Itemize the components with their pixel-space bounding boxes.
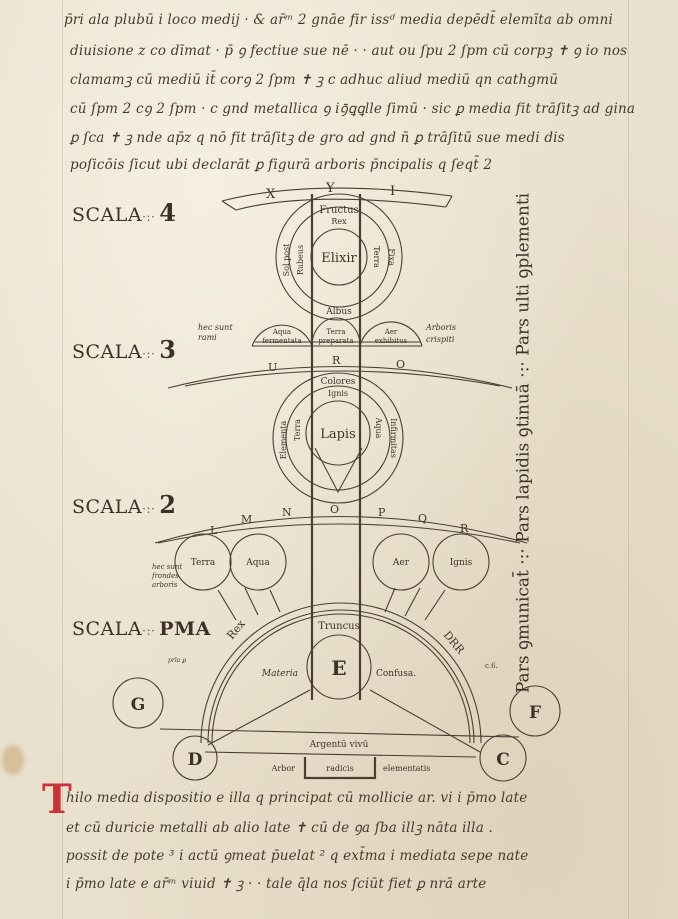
vertical-side-text: Pars ꝯmunicat̄ ·:· Pars lapidis ꝯtinuā ·… <box>507 195 537 690</box>
arc-letter: N <box>282 506 292 519</box>
circle4-outer-top: Fructus <box>319 205 358 216</box>
circle-g: G <box>131 695 146 715</box>
circle4-outer-left: Sol post <box>282 243 291 276</box>
base-left-label: Arbor <box>271 764 296 773</box>
arc-letter: M <box>241 513 252 526</box>
scala3-right-note: crispiti <box>426 335 455 344</box>
arc-letter: O <box>396 358 405 371</box>
circle4-bottom: Albus <box>325 307 352 317</box>
element-ignis: Ignis <box>450 558 473 568</box>
text-line: i p̄mo late e ar̄ᵐ viuid ✝ ꝫ · · tale q̄… <box>66 874 486 892</box>
arc-letter: I <box>390 184 395 199</box>
circle3-center: Lapis <box>320 427 356 442</box>
arc-right-note: c.6. <box>485 662 498 670</box>
frondes-note: frondes <box>151 572 179 580</box>
text-line: hilo media dispositio e illa q principat… <box>66 790 527 806</box>
center-circle-e: E <box>331 656 346 680</box>
dome-text: preparata <box>318 337 353 345</box>
materia-label: Materia <box>261 669 298 679</box>
dome-text: Aqua <box>272 328 291 336</box>
arc-letter: P <box>378 506 386 519</box>
confusa-label: Confusa. <box>376 669 416 679</box>
circle4-outer-right: Fixa <box>387 248 396 266</box>
element-aer: Aer <box>392 558 410 568</box>
side-text-label: Pars ꝯmunicat̄ ·:· Pars lapidis ꝯtinuā ·… <box>511 192 534 692</box>
circle4-inner-left: Rubeus <box>296 245 305 275</box>
scala3-left-note: hec sunt <box>198 323 233 332</box>
left-note: prīa ꝑ <box>168 657 187 664</box>
arc-rex: Rex <box>224 617 248 642</box>
text-line: possit de pote ³ i actū ꝯmeat p̄uelat ² … <box>66 846 528 864</box>
dome-text: fermentata <box>262 337 301 345</box>
circle3-inner-left: Terra <box>293 419 302 441</box>
arc-letter: R <box>460 522 469 535</box>
dome-text: Aer <box>384 328 398 336</box>
frondes-note: hec sunt <box>152 563 182 571</box>
circle3-inner-top: Ignis <box>328 389 348 398</box>
circle3-outer-left: Elementa <box>279 420 288 459</box>
circle3-outer-top: Colores <box>321 377 356 387</box>
arc-letter: X <box>266 187 276 202</box>
element-terra: Terra <box>191 558 216 568</box>
manuscript-page: p̄ri ala plubū i loco medij · & ar̄ᵐ 2 g… <box>0 0 678 919</box>
dome-text: Terra <box>326 328 345 336</box>
circle3-outer-right: Infirmitas <box>389 418 398 458</box>
circle-f: F <box>529 703 541 723</box>
element-aqua: Aqua <box>245 558 270 568</box>
chord-label: Argentū vivū <box>309 740 369 750</box>
circle-c: C <box>496 750 510 770</box>
frondes-note: arboris <box>152 581 178 589</box>
scala3-right-note: Arboris <box>425 323 456 332</box>
arc-letter: L <box>210 524 218 537</box>
arc-letter: O <box>330 503 339 516</box>
circle4-inner-top: Rex <box>331 217 347 226</box>
arc-letter: Q <box>418 512 427 525</box>
base-center-label: radicis <box>326 764 353 773</box>
trunk-label: Truncus <box>318 621 360 632</box>
circle4-inner-right: Terra <box>372 246 381 268</box>
dome-text: exhibitus <box>375 337 408 345</box>
scala3-left-note: rami <box>198 333 217 342</box>
text-line: et cū duricie metalli ab alio late ✝ cū … <box>66 818 493 836</box>
tree-diagram: X Y I Fructus Rex Elixir Albus Sol post … <box>0 0 678 919</box>
circle3-inner-right: Aqua <box>374 417 383 439</box>
base-right-label: elementatis <box>383 764 430 773</box>
arc-letter: Y <box>325 181 335 196</box>
arc-letter: R <box>332 354 341 367</box>
circle-d: D <box>188 750 203 770</box>
arc-right: DRR <box>441 629 468 657</box>
circle4-center: Elixir <box>321 251 357 266</box>
arc-letter: U <box>268 361 277 374</box>
